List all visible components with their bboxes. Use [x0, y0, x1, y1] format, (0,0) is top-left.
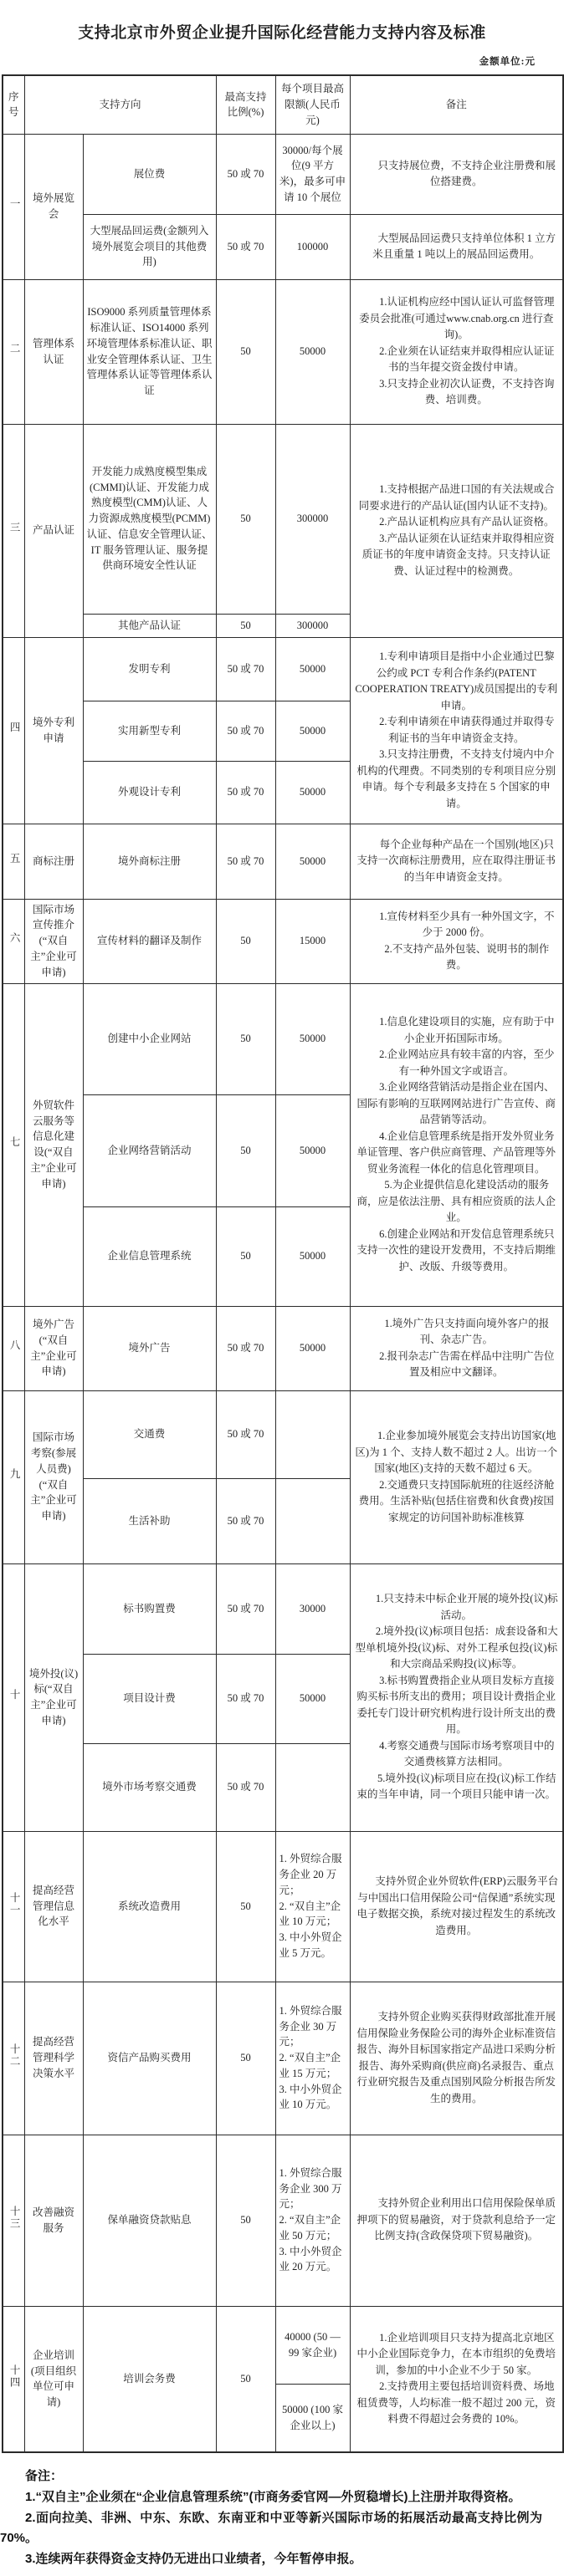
limit-cell: 100000: [275, 214, 350, 279]
remark-paragraph: 只支持展位费，不支持企业注册费和展位搭建费。: [354, 158, 560, 191]
remark-paragraph: 1.只支持未中标企业开展的境外投(议)标活动。: [354, 1591, 560, 1624]
item-name-cell: 企业信息管理系统: [83, 1206, 216, 1306]
ratio-cell: 50 或 70: [216, 1478, 275, 1563]
header-limit: 每个项目最高限额(人民币元): [275, 75, 350, 134]
direction-cell: 境外展览会: [24, 134, 83, 279]
ratio-cell: 50 或 70: [216, 701, 275, 761]
remark-paragraph: 3.产品认证须在认证结束并取得相应资质证书的年度申请资金支持。只支持认证费、认证…: [354, 531, 560, 580]
limit-line: 1. 外贸综合服务企业 20 万元；: [279, 1851, 346, 1898]
item-name-cell: ISO9000 系列质量管理体系标准认证、ISO14000 系列环境管理体系标准…: [83, 279, 216, 424]
limit-cell: 300000: [275, 614, 350, 637]
ratio-cell: 50 或 70: [216, 824, 275, 899]
remark-paragraph: 1.专利申请项目是指中小企业通过巴黎公约或 PCT 专利合作条约(PATENT …: [354, 649, 560, 714]
direction-cell: 提高经营管理科学决策水平: [24, 1982, 83, 2135]
ratio-cell: 50: [216, 2306, 275, 2452]
limit-cell: 40000 (50 — 99 家企业): [275, 2306, 350, 2384]
table-row: 一 境外展览会 展位费 50 或 70 30000/每个展位(9 平方米)，最多…: [3, 134, 563, 214]
ratio-cell: 50: [216, 279, 275, 424]
remark-paragraph: 2.不支持产品外包装、说明书的制作费。: [354, 941, 560, 974]
direction-cell: 国际市场宣传推介(“双自主”企业可申请): [24, 899, 83, 983]
limit-cell: [275, 1478, 350, 1563]
serial-cell: 四: [3, 637, 24, 824]
serial-number: 十: [8, 1689, 19, 1701]
limit-line: 2. “双自主”企业 50 万元；: [279, 2212, 346, 2244]
header-serial: 序号: [3, 75, 24, 134]
direction-cell: 企业培训(项目组织单位可申请): [24, 2306, 83, 2452]
item-name-cell: 培训会务费: [83, 2306, 216, 2452]
remark-cell: 每个企业每种产品在一个国别(地区)只支持一次商标注册费用，应在取得注册证书的当年…: [350, 824, 563, 899]
serial-number: 十四: [8, 2364, 19, 2389]
limit-line: 2. “双自主”企业 15 万元；: [279, 2050, 346, 2082]
table-row: 二 管理体系认证 ISO9000 系列质量管理体系标准认证、ISO14000 系…: [3, 279, 563, 424]
remark-cell: 支持外贸企业购买获得财政部批准开展信用保险业务保险公司的海外企业标准资信报告、海…: [350, 1982, 563, 2135]
serial-cell: 六: [3, 899, 24, 983]
limit-line: 3. 中小外贸企业 5 万元。: [279, 1930, 346, 1961]
remark-paragraph: 3.只支持企业初次认证费，不支持咨询费、培训费。: [354, 376, 560, 409]
item-name-cell: 开发能力成熟度模型集成(CMMI)认证、开发能力成熟度模型(CMM)认证、人力资…: [83, 424, 216, 614]
remark-paragraph: 5.境外投(议)标项目应在投(议)标工作结束的当年申请，同一个项目只能申请一次。: [354, 1771, 560, 1803]
ratio-cell: 50 或 70: [216, 761, 275, 824]
table-row: 五 商标注册 境外商标注册 50 或 70 50000 每个企业每种产品在一个国…: [3, 824, 563, 899]
item-name-cell: 系统改造费用: [83, 1831, 216, 1982]
remark-paragraph: 支持外贸企业外贸软件(ERP)云服务平台与中国出口信用保险公司“信保通”系统实现…: [354, 1874, 560, 1939]
support-standards-table: 序号 支持方向 最高支持比例(%) 每个项目最高限额(人民币元) 备注 一 境外…: [2, 74, 564, 2453]
remark-paragraph: 2.报刊杂志广告需在样品中注明广告位置及相应中文翻译。: [354, 1349, 560, 1381]
serial-number: 七: [8, 1136, 19, 1149]
limit-cell: 50000: [275, 701, 350, 761]
remark-paragraph: 1.境外广告只支持面向境外客户的报刊、杂志广告。: [354, 1316, 560, 1349]
ratio-cell: 50 或 70: [216, 1654, 275, 1743]
limit-cell: 50000: [275, 983, 350, 1094]
remark-cell: 1.企业培训项目只支持为提高北京地区中小企业国际竞争力，在本市组织的免费培训，参…: [350, 2306, 563, 2452]
serial-number: 四: [8, 722, 19, 734]
ratio-cell: 50: [216, 983, 275, 1094]
remark-paragraph: 1.支持根据产品进口国的有关法规或合同要求进行的产品认证(国内认证不支持)。: [354, 482, 560, 514]
item-name-cell: 宣传材料的翻译及制作: [83, 899, 216, 983]
limit-line: 3. 中小外贸企业 10 万元。: [279, 2082, 346, 2114]
serial-number: 六: [8, 932, 19, 945]
ratio-cell: 50 或 70: [216, 1306, 275, 1390]
limit-cell: 50000: [275, 761, 350, 824]
ratio-cell: 50 或 70: [216, 214, 275, 279]
item-name-cell: 生活补助: [83, 1478, 216, 1563]
remark-paragraph: 支持外贸企业购买获得财政部批准开展信用保险业务保险公司的海外企业标准资信报告、海…: [354, 2009, 560, 2107]
remark-paragraph: 1.认证机构应经中国认证认可监督管理委员会批准(可通过www.cnab.org.…: [354, 294, 560, 344]
limit-line: 1. 外贸综合服务企业 30 万元；: [279, 2003, 346, 2050]
item-name-cell: 实用新型专利: [83, 701, 216, 761]
serial-cell: 二: [3, 279, 24, 424]
serial-cell: 一: [3, 134, 24, 279]
footnote-item: 1.“双自主”企业须在“企业信息管理系统”(市商务委官网—外贸稳增长)上注册并取…: [0, 2487, 542, 2508]
table-header-row: 序号 支持方向 最高支持比例(%) 每个项目最高限额(人民币元) 备注: [3, 75, 563, 134]
remark-paragraph: 5.为企业提供信息化建设活动的服务商，应是依法注册、具有相应资质的法人企业。: [354, 1177, 560, 1227]
remark-paragraph: 4.企业信息管理系统是指开发外贸业务单证管理、客户供应商管理、产品管理等外贸业务…: [354, 1129, 560, 1178]
table-row: 六 国际市场宣传推介(“双自主”企业可申请) 宣传材料的翻译及制作 50 150…: [3, 899, 563, 983]
remark-paragraph: 1.企业参加境外展览会支持出访国家(地区)为 1 个、支持人数不超过 2 人。出…: [354, 1428, 560, 1477]
serial-cell: 七: [3, 983, 24, 1306]
ratio-cell: 50: [216, 1094, 275, 1206]
table-row: 十一 提高经营管理信息化水平 系统改造费用 50 1. 外贸综合服务企业 20 …: [3, 1831, 563, 1982]
remark-paragraph: 3.企业网络营销活动是指企业在国内、国际有影响的互联网网站进行广告宣传、商品营销…: [354, 1079, 560, 1129]
item-name-cell: 其他产品认证: [83, 614, 216, 637]
limit-cell: 50000: [275, 1306, 350, 1390]
serial-number: 八: [8, 1339, 19, 1352]
remark-paragraph: 2.产品认证机构应具有产品认证资格。: [354, 514, 560, 531]
header-direction: 支持方向: [24, 75, 216, 134]
ratio-cell: 50 或 70: [216, 1743, 275, 1831]
document-page: 支持北京市外贸企业提升国际化经营能力支持内容及标准 金额单位:元 序号 支持方向…: [0, 0, 564, 2570]
limit-cell: 300000: [275, 424, 350, 614]
ratio-cell: 50: [216, 424, 275, 614]
remark-paragraph: 1.信息化建设项目的实施，应有助于中小企业开拓国际市场。: [354, 1014, 560, 1047]
remark-paragraph: 1.企业培训项目只支持为提高北京地区中小企业国际竞争力，在本市组织的免费培训，参…: [354, 2330, 560, 2380]
limit-line: 1. 外贸综合服务企业 300 万元；: [279, 2165, 346, 2212]
direction-cell: 境外投(议)标(“双自主”企业可申请): [24, 1563, 83, 1831]
direction-cell: 国际市场考察(参展人员费)(“双自主”企业可申请): [24, 1390, 83, 1563]
table-row: 四 境外专利申请 发明专利 50 或 70 50000 1.专利申请项目是指中小…: [3, 637, 563, 701]
direction-cell: 提高经营管理信息化水平: [24, 1831, 83, 1982]
ratio-cell: 50: [216, 614, 275, 637]
direction-cell: 商标注册: [24, 824, 83, 899]
limit-cell: 50000: [275, 1206, 350, 1306]
footnotes: 备注： 1.“双自主”企业须在“企业信息管理系统”(市商务委官网—外贸稳增长)上…: [0, 2466, 542, 2570]
table-row: 七 外贸软件云服务等信息化建设(“双自主”企业可申请) 创建中小企业网站 50 …: [3, 983, 563, 1094]
remark-paragraph: 2.企业网站应具有较丰富的内容，至少有一种外国文字或语言。: [354, 1047, 560, 1079]
limit-cell: 15000: [275, 899, 350, 983]
serial-cell: 九: [3, 1390, 24, 1563]
remark-cell: 1.认证机构应经中国认证认可监督管理委员会批准(可通过www.cnab.org.…: [350, 279, 563, 424]
direction-cell: 境外专利申请: [24, 637, 83, 824]
table-row: 九 国际市场考察(参展人员费)(“双自主”企业可申请) 交通费 50 或 70 …: [3, 1390, 563, 1478]
item-name-cell: 交通费: [83, 1390, 216, 1478]
remark-paragraph: 6.创建企业网站和开发信息管理系统只支持一次性的建设开发费用，不支持后期维护、改…: [354, 1227, 560, 1276]
ratio-cell: 50 或 70: [216, 637, 275, 701]
direction-cell: 产品认证: [24, 424, 83, 637]
remark-paragraph: 4.考察交通费与国际市场考察项目中的交通费核算方法相同。: [354, 1738, 560, 1771]
serial-cell: 十四: [3, 2306, 24, 2452]
direction-cell: 外贸软件云服务等信息化建设(“双自主”企业可申请): [24, 983, 83, 1306]
serial-cell: 十二: [3, 1982, 24, 2135]
item-name-cell: 创建中小企业网站: [83, 983, 216, 1094]
item-name-cell: 资信产品购买费用: [83, 1982, 216, 2135]
limit-cell: 50000: [275, 824, 350, 899]
serial-cell: 八: [3, 1306, 24, 1390]
table-row: 十三 改善融资服务 保单融资贷款贴息 50 1. 外贸综合服务企业 300 万元…: [3, 2135, 563, 2306]
remark-paragraph: 1.宣传材料至少具有一种外国文字，不少于 2000 份。: [354, 909, 560, 941]
limit-cell: 50000: [275, 279, 350, 424]
remark-cell: 1.境外广告只支持面向境外客户的报刊、杂志广告。 2.报刊杂志广告需在样品中注明…: [350, 1306, 563, 1390]
remark-paragraph: 2.支持费用主要包括培训资料费、场地租赁费等，人均标准一般不超过 200 元，资…: [354, 2379, 560, 2428]
table-row: 十二 提高经营管理科学决策水平 资信产品购买费用 50 1. 外贸综合服务企业 …: [3, 1982, 563, 2135]
serial-number: 十二: [8, 2043, 19, 2068]
serial-number: 十三: [8, 2206, 19, 2230]
table-row: 八 境外广告(“双自主”企业可申请) 境外广告 50 或 70 50000 1.…: [3, 1306, 563, 1390]
direction-cell: 境外广告(“双自主”企业可申请): [24, 1306, 83, 1390]
ratio-cell: 50: [216, 1982, 275, 2135]
remark-cell: 支持外贸企业利用出口信用保险保单质押项下的贸易融资，对于贷款利息给予一定比例支持…: [350, 2135, 563, 2306]
limit-cell: 50000: [275, 1654, 350, 1743]
ratio-cell: 50 或 70: [216, 1390, 275, 1478]
limit-line: 2. “双自主”企业 10 万元；: [279, 1899, 346, 1931]
remark-paragraph: 2.企业须在认证结束并取得相应认证证书的当年提交资金拨付申请。: [354, 344, 560, 376]
remark-cell: 1.专利申请项目是指中小企业通过巴黎公约或 PCT 专利合作条约(PATENT …: [350, 637, 563, 824]
limit-cell: 1. 外贸综合服务企业 20 万元； 2. “双自主”企业 10 万元； 3. …: [275, 1831, 350, 1982]
remark-paragraph: 2.境外投(议)标项目包括：成套设备和大型单机境外投(议)标、对外工程承包投(议…: [354, 1624, 560, 1673]
document-title: 支持北京市外贸企业提升国际化经营能力支持内容及标准: [7, 20, 557, 43]
footnotes-label: 备注：: [0, 2466, 542, 2487]
serial-number: 五: [8, 853, 19, 865]
item-name-cell: 境外市场考察交通费: [83, 1743, 216, 1831]
serial-number: 三: [8, 522, 19, 534]
limit-cell: 50000: [275, 637, 350, 701]
footnote-item: 3.连续两年获得资金支持仍无进出口业绩者，今年暂停申报。: [0, 2549, 542, 2570]
ratio-cell: 50 或 70: [216, 1563, 275, 1654]
serial-cell: 十一: [3, 1831, 24, 1982]
item-name-cell: 大型展品回运费(金额列入境外展览会项目的其他费用): [83, 214, 216, 279]
remark-cell: 只支持展位费，不支持企业注册费和展位搭建费。: [350, 134, 563, 214]
table-row: 十四 企业培训(项目组织单位可申请) 培训会务费 50 40000 (50 — …: [3, 2306, 563, 2384]
remark-paragraph: 3.标书购置费指企业从项目发标方直接购买标书所支出的费用；项目设计费指企业委托专…: [354, 1673, 560, 1738]
header-remark: 备注: [350, 75, 563, 134]
ratio-cell: 50: [216, 1831, 275, 1982]
item-name-cell: 境外广告: [83, 1306, 216, 1390]
remark-cell: 1.支持根据产品进口国的有关法规或合同要求进行的产品认证(国内认证不支持)。 2…: [350, 424, 563, 637]
item-name-cell: 企业网络营销活动: [83, 1094, 216, 1206]
footnote-item: 2.面向拉美、非洲、中东、东欧、东南亚和中亚等新兴国际市场的拓展活动最高支持比例…: [0, 2508, 542, 2550]
header-ratio: 最高支持比例(%): [216, 75, 275, 134]
limit-cell: [275, 1390, 350, 1478]
limit-line: 3. 中小外贸企业 20 万元。: [279, 2244, 346, 2276]
remark-cell: 1.信息化建设项目的实施，应有助于中小企业开拓国际市场。 2.企业网站应具有较丰…: [350, 983, 563, 1306]
serial-number: 十一: [8, 1892, 19, 1916]
limit-cell: 50000: [275, 1094, 350, 1206]
limit-cell: 50000 (100 家企业以上): [275, 2384, 350, 2452]
item-name-cell: 保单融资贷款贴息: [83, 2135, 216, 2306]
item-name-cell: 发明专利: [83, 637, 216, 701]
remark-cell: 1.只支持未中标企业开展的境外投(议)标活动。 2.境外投(议)标项目包括：成套…: [350, 1563, 563, 1831]
direction-cell: 改善融资服务: [24, 2135, 83, 2306]
remark-paragraph: 2.交通费只支持国际航班的往返经济舱费用。生活补贴(包括住宿费和伙食费)按国家规…: [354, 1477, 560, 1527]
limit-cell: [275, 1743, 350, 1831]
remark-paragraph: 3.只支持注册费，不支持支付境内中介机构的代理费。不同类别的专利项目应分别申请。…: [354, 747, 560, 812]
remark-cell: 1.企业参加境外展览会支持出访国家(地区)为 1 个、支持人数不超过 2 人。出…: [350, 1390, 563, 1563]
item-name-cell: 标书购置费: [83, 1563, 216, 1654]
serial-cell: 三: [3, 424, 24, 637]
serial-number: 二: [8, 343, 19, 355]
item-name-cell: 展位费: [83, 134, 216, 214]
remark-cell: 1.宣传材料至少具有一种外国文字，不少于 2000 份。 2.不支持产品外包装、…: [350, 899, 563, 983]
remark-cell: 支持外贸企业外贸软件(ERP)云服务平台与中国出口信用保险公司“信保通”系统实现…: [350, 1831, 563, 1982]
remark-cell: 大型展品回运费只支持单位体积 1 立方米且重量 1 吨以上的展品回运费用。: [350, 214, 563, 279]
serial-cell: 十三: [3, 2135, 24, 2306]
ratio-cell: 50 或 70: [216, 134, 275, 214]
remark-paragraph: 2.专利申请须在申请获得通过并取得专利证书的当年申请资金支持。: [354, 714, 560, 747]
item-name-cell: 境外商标注册: [83, 824, 216, 899]
limit-cell: 30000/每个展位(9 平方米)，最多可申请 10 个展位: [275, 134, 350, 214]
limit-cell: 1. 外贸综合服务企业 300 万元； 2. “双自主”企业 50 万元； 3.…: [275, 2135, 350, 2306]
serial-cell: 五: [3, 824, 24, 899]
remark-paragraph: 大型展品回运费只支持单位体积 1 立方米且重量 1 吨以上的展品回运费用。: [354, 231, 560, 263]
direction-cell: 管理体系认证: [24, 279, 83, 424]
limit-cell: 30000: [275, 1563, 350, 1654]
serial-cell: 十: [3, 1563, 24, 1831]
remark-paragraph: 每个企业每种产品在一个国别(地区)只支持一次商标注册费用，应在取得注册证书的当年…: [354, 837, 560, 886]
table-row: 大型展品回运费(金额列入境外展览会项目的其他费用) 50 或 70 100000…: [3, 214, 563, 279]
ratio-cell: 50: [216, 899, 275, 983]
remark-paragraph: 支持外贸企业利用出口信用保险保单质押项下的贸易融资，对于贷款利息给予一定比例支持…: [354, 2196, 560, 2245]
item-name-cell: 外观设计专利: [83, 761, 216, 824]
table-row: 十 境外投(议)标(“双自主”企业可申请) 标书购置费 50 或 70 3000…: [3, 1563, 563, 1654]
serial-number: 九: [8, 1468, 19, 1481]
serial-number: 一: [8, 198, 19, 211]
item-name-cell: 项目设计费: [83, 1654, 216, 1743]
amount-unit-note: 金额单位:元: [0, 54, 536, 68]
limit-cell: 1. 外贸综合服务企业 30 万元； 2. “双自主”企业 15 万元； 3. …: [275, 1982, 350, 2135]
ratio-cell: 50: [216, 2135, 275, 2306]
ratio-cell: 50: [216, 1206, 275, 1306]
table-row: 三 产品认证 开发能力成熟度模型集成(CMMI)认证、开发能力成熟度模型(CMM…: [3, 424, 563, 614]
